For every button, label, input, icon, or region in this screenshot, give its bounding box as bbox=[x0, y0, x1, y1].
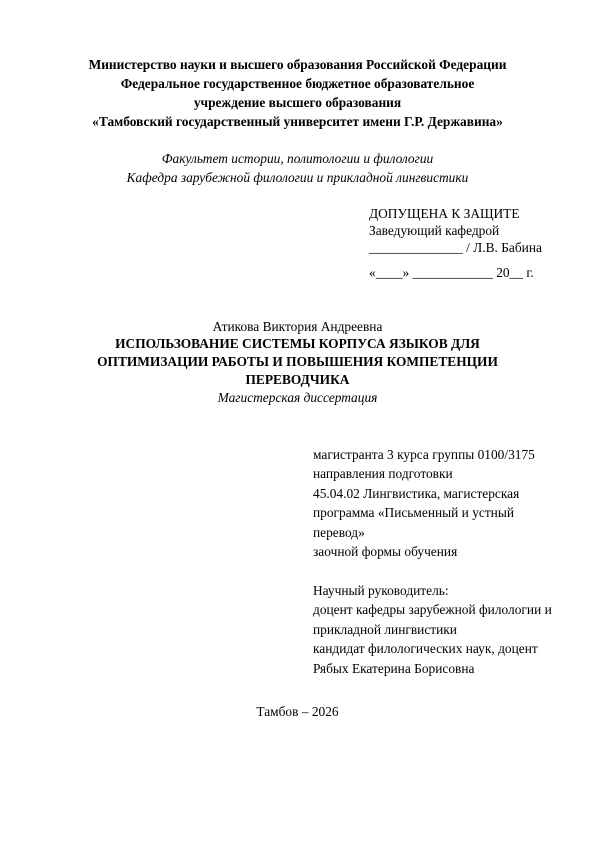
student-info-line: магистранта 3 курса группы 0100/3175 bbox=[313, 445, 535, 464]
supervisor-block: Научный руководитель: доцент кафедры зар… bbox=[313, 581, 552, 678]
faculty-name: Факультет истории, политологии и филолог… bbox=[0, 149, 595, 168]
student-info-line: программа «Письменный и устный bbox=[313, 503, 535, 522]
supervisor-line: кандидат филологических наук, доцент bbox=[313, 639, 552, 658]
thesis-title-line-2: ОПТИМИЗАЦИИ РАБОТЫ И ПОВЫШЕНИЯ КОМПЕТЕНЦ… bbox=[0, 352, 595, 371]
supervisor-label: Научный руководитель: bbox=[313, 581, 552, 600]
institution-line-1: Федеральное государственное бюджетное об… bbox=[0, 74, 595, 93]
ministry-line: Министерство науки и высшего образования… bbox=[0, 55, 595, 74]
supervisor-line: прикладной лингвистики bbox=[313, 620, 552, 639]
university-name: «Тамбовский государственный университет … bbox=[0, 112, 595, 131]
supervisor-name: Рябых Екатерина Борисовна bbox=[313, 659, 552, 678]
thesis-title-line-1: ИСПОЛЬЗОВАНИЕ СИСТЕМЫ КОРПУСА ЯЗЫКОВ ДЛЯ bbox=[0, 334, 595, 353]
supervisor-line: доцент кафедры зарубежной филологии и bbox=[313, 600, 552, 619]
city-year: Тамбов – 2026 bbox=[0, 702, 595, 721]
thesis-type: Магистерская диссертация bbox=[0, 388, 595, 407]
institution-line-2: учреждение высшего образования bbox=[0, 93, 595, 112]
student-info-line: 45.04.02 Лингвистика, магистерская bbox=[313, 484, 535, 503]
approval-position: Заведующий кафедрой bbox=[369, 222, 542, 239]
thesis-title-line-3: ПЕРЕВОДЧИКА bbox=[0, 370, 595, 389]
approval-signature: ______________ / Л.В. Бабина bbox=[369, 239, 542, 264]
approval-block: ДОПУЩЕНА К ЗАЩИТЕ Заведующий кафедрой __… bbox=[369, 205, 542, 281]
approval-date: «____» ____________ 20__ г. bbox=[369, 264, 542, 281]
student-info-line: заочной формы обучения bbox=[313, 542, 535, 561]
student-info-line: направления подготовки bbox=[313, 464, 535, 483]
approval-title: ДОПУЩЕНА К ЗАЩИТЕ bbox=[369, 205, 542, 222]
student-info-block: магистранта 3 курса группы 0100/3175 нап… bbox=[313, 445, 535, 561]
department-name: Кафедра зарубежной филологии и прикладно… bbox=[0, 168, 595, 187]
student-info-line: перевод» bbox=[313, 523, 535, 542]
